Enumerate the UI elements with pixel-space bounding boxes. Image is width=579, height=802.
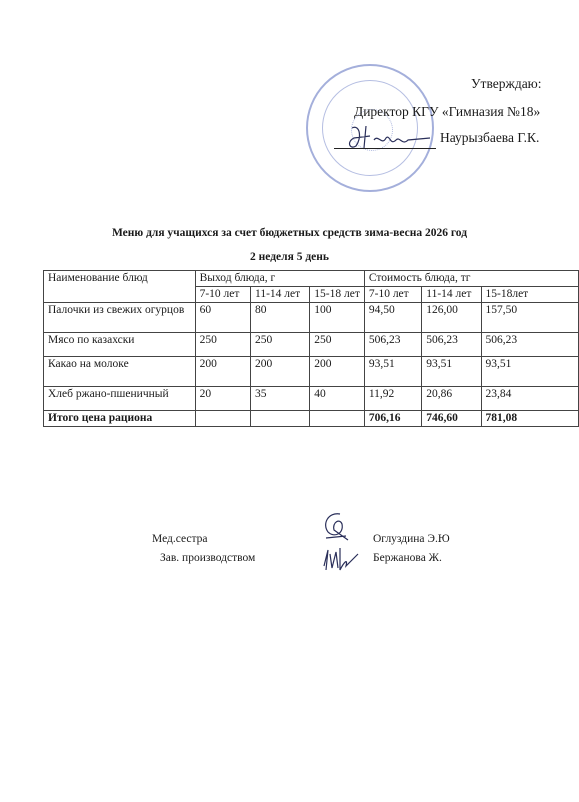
cost-cell: 11,92 xyxy=(364,387,421,411)
yield-cell: 40 xyxy=(310,387,365,411)
chef-signature xyxy=(318,544,362,574)
table-row: Какао на молоке 200 200 200 93,51 93,51 … xyxy=(44,357,579,387)
header-cost-age: 11-14 лет xyxy=(422,287,481,303)
total-row: Итого цена рациона 706,16 746,60 781,08 xyxy=(44,411,579,427)
header-yield-age: 11-14 лет xyxy=(251,287,310,303)
cost-cell: 93,51 xyxy=(481,357,579,387)
cost-cell: 93,51 xyxy=(364,357,421,387)
empty-cell xyxy=(195,411,250,427)
total-cost-cell: 746,60 xyxy=(422,411,481,427)
yield-cell: 200 xyxy=(251,357,310,387)
cost-cell: 20,86 xyxy=(422,387,481,411)
yield-cell: 60 xyxy=(195,303,250,333)
chef-role: Зав. производством xyxy=(160,552,255,564)
dish-name: Мясо по казахски xyxy=(44,333,196,357)
header-cost-age: 15-18лет xyxy=(481,287,579,303)
yield-cell: 35 xyxy=(251,387,310,411)
document-subtitle: 2 неделя 5 день xyxy=(0,251,579,263)
total-cost-cell: 706,16 xyxy=(364,411,421,427)
document-title: Меню для учащихся за счет бюджетных сред… xyxy=(0,227,579,239)
cost-cell: 94,50 xyxy=(364,303,421,333)
cost-cell: 506,23 xyxy=(422,333,481,357)
nurse-signature xyxy=(318,510,354,544)
table-row: Хлеб ржано-пшеничный 20 35 40 11,92 20,8… xyxy=(44,387,579,411)
cost-cell: 93,51 xyxy=(422,357,481,387)
cost-cell: 23,84 xyxy=(481,387,579,411)
yield-cell: 250 xyxy=(251,333,310,357)
cost-cell: 506,23 xyxy=(481,333,579,357)
chef-name: Бержанова Ж. xyxy=(373,552,442,564)
yield-cell: 20 xyxy=(195,387,250,411)
approval-position: Директор КГУ «Гимназия №18» xyxy=(354,104,540,120)
header-yield-age: 7-10 лет xyxy=(195,287,250,303)
dish-name: Палочки из свежих огурцов xyxy=(44,303,196,333)
table-row: Палочки из свежих огурцов 60 80 100 94,5… xyxy=(44,303,579,333)
empty-cell xyxy=(310,411,365,427)
total-cost-cell: 781,08 xyxy=(481,411,579,427)
total-label: Итого цена рациона xyxy=(44,411,196,427)
yield-cell: 200 xyxy=(310,357,365,387)
empty-cell xyxy=(251,411,310,427)
nurse-name: Оглуздина Э.Ю xyxy=(373,533,450,545)
dish-name: Хлеб ржано-пшеничный xyxy=(44,387,196,411)
yield-cell: 200 xyxy=(195,357,250,387)
approval-name: Наурызбаева Г.К. xyxy=(440,130,539,146)
table-row: Мясо по казахски 250 250 250 506,23 506,… xyxy=(44,333,579,357)
yield-cell: 100 xyxy=(310,303,365,333)
cost-cell: 506,23 xyxy=(364,333,421,357)
cost-cell: 126,00 xyxy=(422,303,481,333)
yield-cell: 250 xyxy=(195,333,250,357)
menu-table: Наименование блюд Выход блюда, г Стоимос… xyxy=(43,270,579,427)
header-dish: Наименование блюд xyxy=(44,271,196,303)
dish-name: Какао на молоке xyxy=(44,357,196,387)
approval-heading: Утверждаю: xyxy=(471,76,542,92)
yield-cell: 80 xyxy=(251,303,310,333)
nurse-role: Мед.сестра xyxy=(152,533,208,545)
header-cost: Стоимость блюда, тг xyxy=(364,271,578,287)
yield-cell: 250 xyxy=(310,333,365,357)
header-yield: Выход блюда, г xyxy=(195,271,364,287)
director-signature xyxy=(340,120,435,152)
header-cost-age: 7-10 лет xyxy=(364,287,421,303)
header-yield-age: 15-18 лет xyxy=(310,287,365,303)
cost-cell: 157,50 xyxy=(481,303,579,333)
